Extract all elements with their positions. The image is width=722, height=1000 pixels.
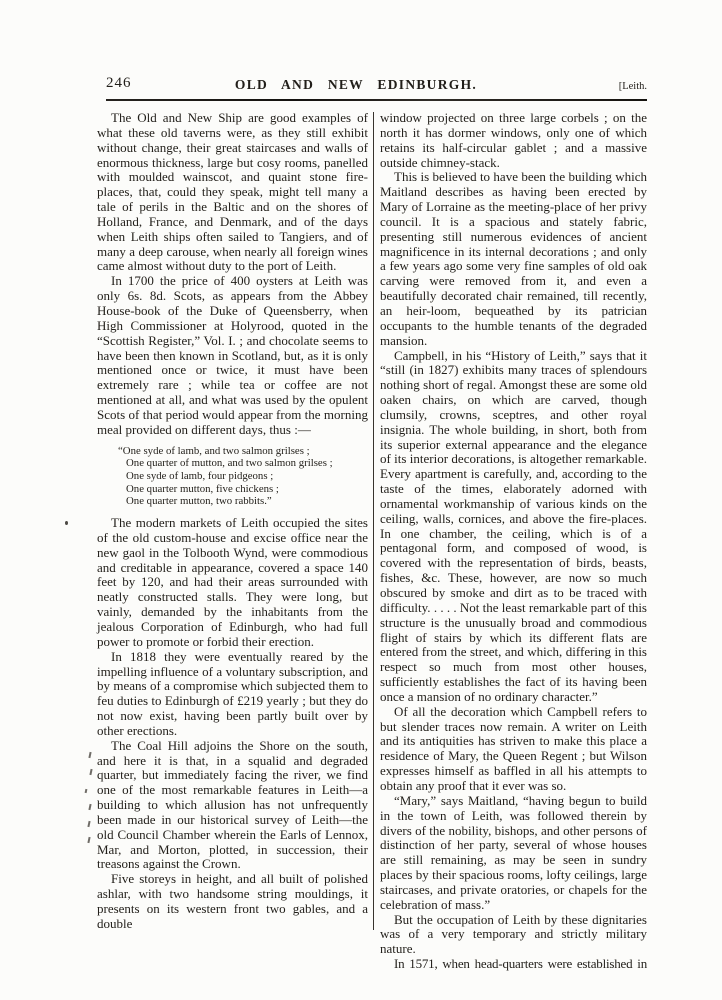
scan-mark <box>87 837 90 843</box>
header-rule <box>106 99 647 101</box>
quote-line: One syde of lamb, four pidgeons ; <box>126 470 368 483</box>
scan-mark <box>89 769 92 775</box>
paragraph: Campbell, in his “History of Leith,” say… <box>380 349 647 705</box>
paragraph: In 1818 they were eventually reared by t… <box>97 650 368 739</box>
paragraph: The modern markets of Leith occupied the… <box>97 516 368 650</box>
section-marker: [Leith. <box>106 81 647 92</box>
quote-line: One quarter of mutton, and two salmon gr… <box>126 457 368 470</box>
quote-line: One quarter mutton, two rabbits.” <box>126 495 368 508</box>
book-page: 246 OLD AND NEW EDINBURGH. [Leith. The O… <box>0 0 722 1000</box>
paragraph: In 1700 the price of 400 oysters at Leit… <box>97 274 368 437</box>
paragraph: The Coal Hill adjoins the Shore on the s… <box>97 739 368 873</box>
menu-quote-block: “One syde of lamb, and two salmon grilse… <box>126 445 368 509</box>
paragraph: This is believed to have been the buildi… <box>380 170 647 348</box>
paragraph: Of all the decoration which Campbell ref… <box>380 705 647 794</box>
quote-line: One quarter mutton, five chickens ; <box>126 483 368 496</box>
paragraph: Five storeys in height, and all built of… <box>97 872 368 931</box>
scan-mark <box>88 752 91 758</box>
scan-mark <box>87 821 90 827</box>
quote-line: “One syde of lamb, and two salmon grilse… <box>118 445 368 458</box>
left-column: The Old and New Ship are good examples o… <box>97 111 368 972</box>
scan-mark <box>85 789 88 793</box>
scan-mark <box>88 804 91 810</box>
paragraph: But the occupation of Leith by these dig… <box>380 913 647 958</box>
paragraph: The Old and New Ship are good examples o… <box>97 111 368 274</box>
paragraph: In 1571, when head-quarters were establi… <box>380 957 647 972</box>
paragraph: “Mary,” says Maitland, “having begun to … <box>380 794 647 913</box>
text-block: The Old and New Ship are good examples o… <box>97 111 647 972</box>
paragraph: window projected on three large corbels … <box>380 111 647 170</box>
scan-speck <box>65 521 68 525</box>
right-column: window projected on three large corbels … <box>380 111 647 972</box>
